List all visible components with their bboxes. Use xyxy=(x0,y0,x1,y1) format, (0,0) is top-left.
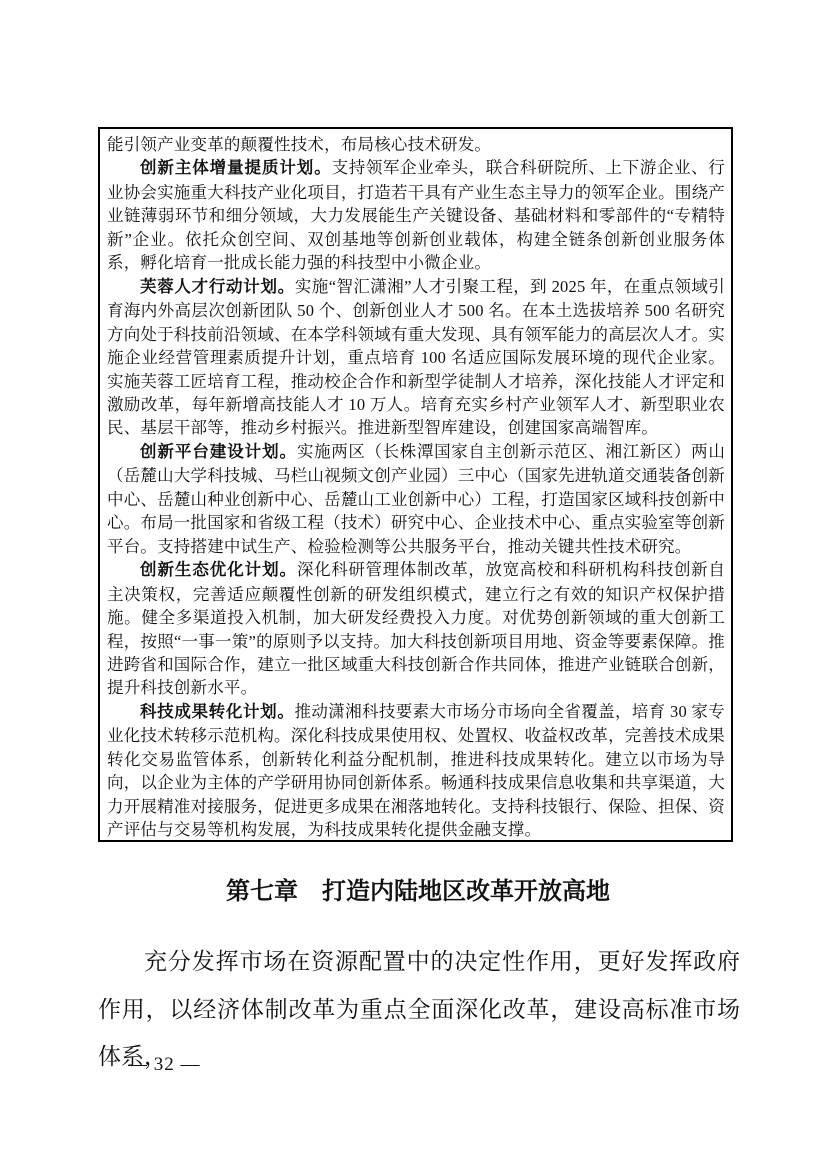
paragraph-text: 能引领产业变革的颠覆性技术，布局核心技术研发。 xyxy=(107,135,491,154)
paragraph-plan: 创新生态优化计划。深化科研管理体制改革，放宽高校和科研机构科技创新自主决策权，完… xyxy=(107,558,725,700)
paragraph-text: 推动潇湘科技要素大市场分市场向全省覆盖，培育 30 家专业化技术转移示范机构。深… xyxy=(107,702,725,839)
bordered-text-box: 能引领产业变革的颠覆性技术，布局核心技术研发。 创新主体增量提质计划。支持领军企… xyxy=(98,127,733,842)
paragraph-plan: 芙蓉人才行动计划。实施“智汇潇湘”人才引聚工程，到 2025 年，在重点领域引育… xyxy=(107,275,725,440)
paragraph-text: 深化科研管理体制改革，放宽高校和科研机构科技创新自主决策权，完善适应颠覆性创新的… xyxy=(107,560,725,697)
plan-title: 创新主体增量提质计划。 xyxy=(140,159,332,177)
page-number: — 32 — xyxy=(128,1053,201,1077)
paragraph-plan: 创新平台建设计划。实施两区（长株潭国家自主创新示范区、湘江新区）两山（岳麓山大学… xyxy=(107,440,725,558)
paragraph-text: 实施“智汇潇湘”人才引聚工程，到 2025 年，在重点领域引育海内外高层次创新团… xyxy=(107,277,725,438)
paragraph-plan: 创新主体增量提质计划。支持领军企业牵头，联合科研院所、上下游企业、行业协会实施重… xyxy=(107,156,725,274)
plan-title: 创新生态优化计划。 xyxy=(140,561,297,579)
paragraph-plan: 科技成果转化计划。推动潇湘科技要素大市场分市场向全省覆盖，培育 30 家专业化技… xyxy=(107,700,725,842)
plan-title: 科技成果转化计划。 xyxy=(140,703,295,721)
paragraph-continuation: 能引领产业变革的颠覆性技术，布局核心技术研发。 xyxy=(107,133,725,156)
plan-title: 创新平台建设计划。 xyxy=(140,443,297,461)
document-page: 能引领产业变革的颠覆性技术，布局核心技术研发。 创新主体增量提质计划。支持领军企… xyxy=(0,0,827,1169)
plan-title: 芙蓉人才行动计划。 xyxy=(140,278,295,296)
chapter-heading: 第七章 打造内陆地区改革开放高地 xyxy=(98,876,738,908)
